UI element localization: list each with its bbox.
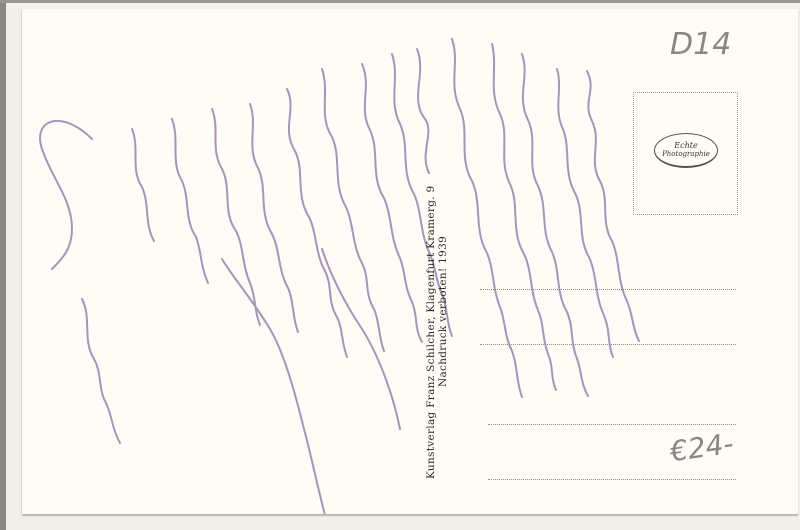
publisher-line-1: Kunstverlag Franz Schilcher, Klagenfurt …: [425, 99, 437, 479]
scanner-edge-left: [0, 0, 6, 530]
scanner-edge-top: [0, 0, 800, 3]
postcard-back: Echte Photographie D14 €24-: [22, 9, 798, 514]
handwritten-message: [22, 9, 798, 514]
publisher-line-2: Nachdruck verboten! 1939: [437, 99, 449, 479]
publisher-imprint: Kunstverlag Franz Schilcher, Klagenfurt …: [425, 99, 449, 479]
